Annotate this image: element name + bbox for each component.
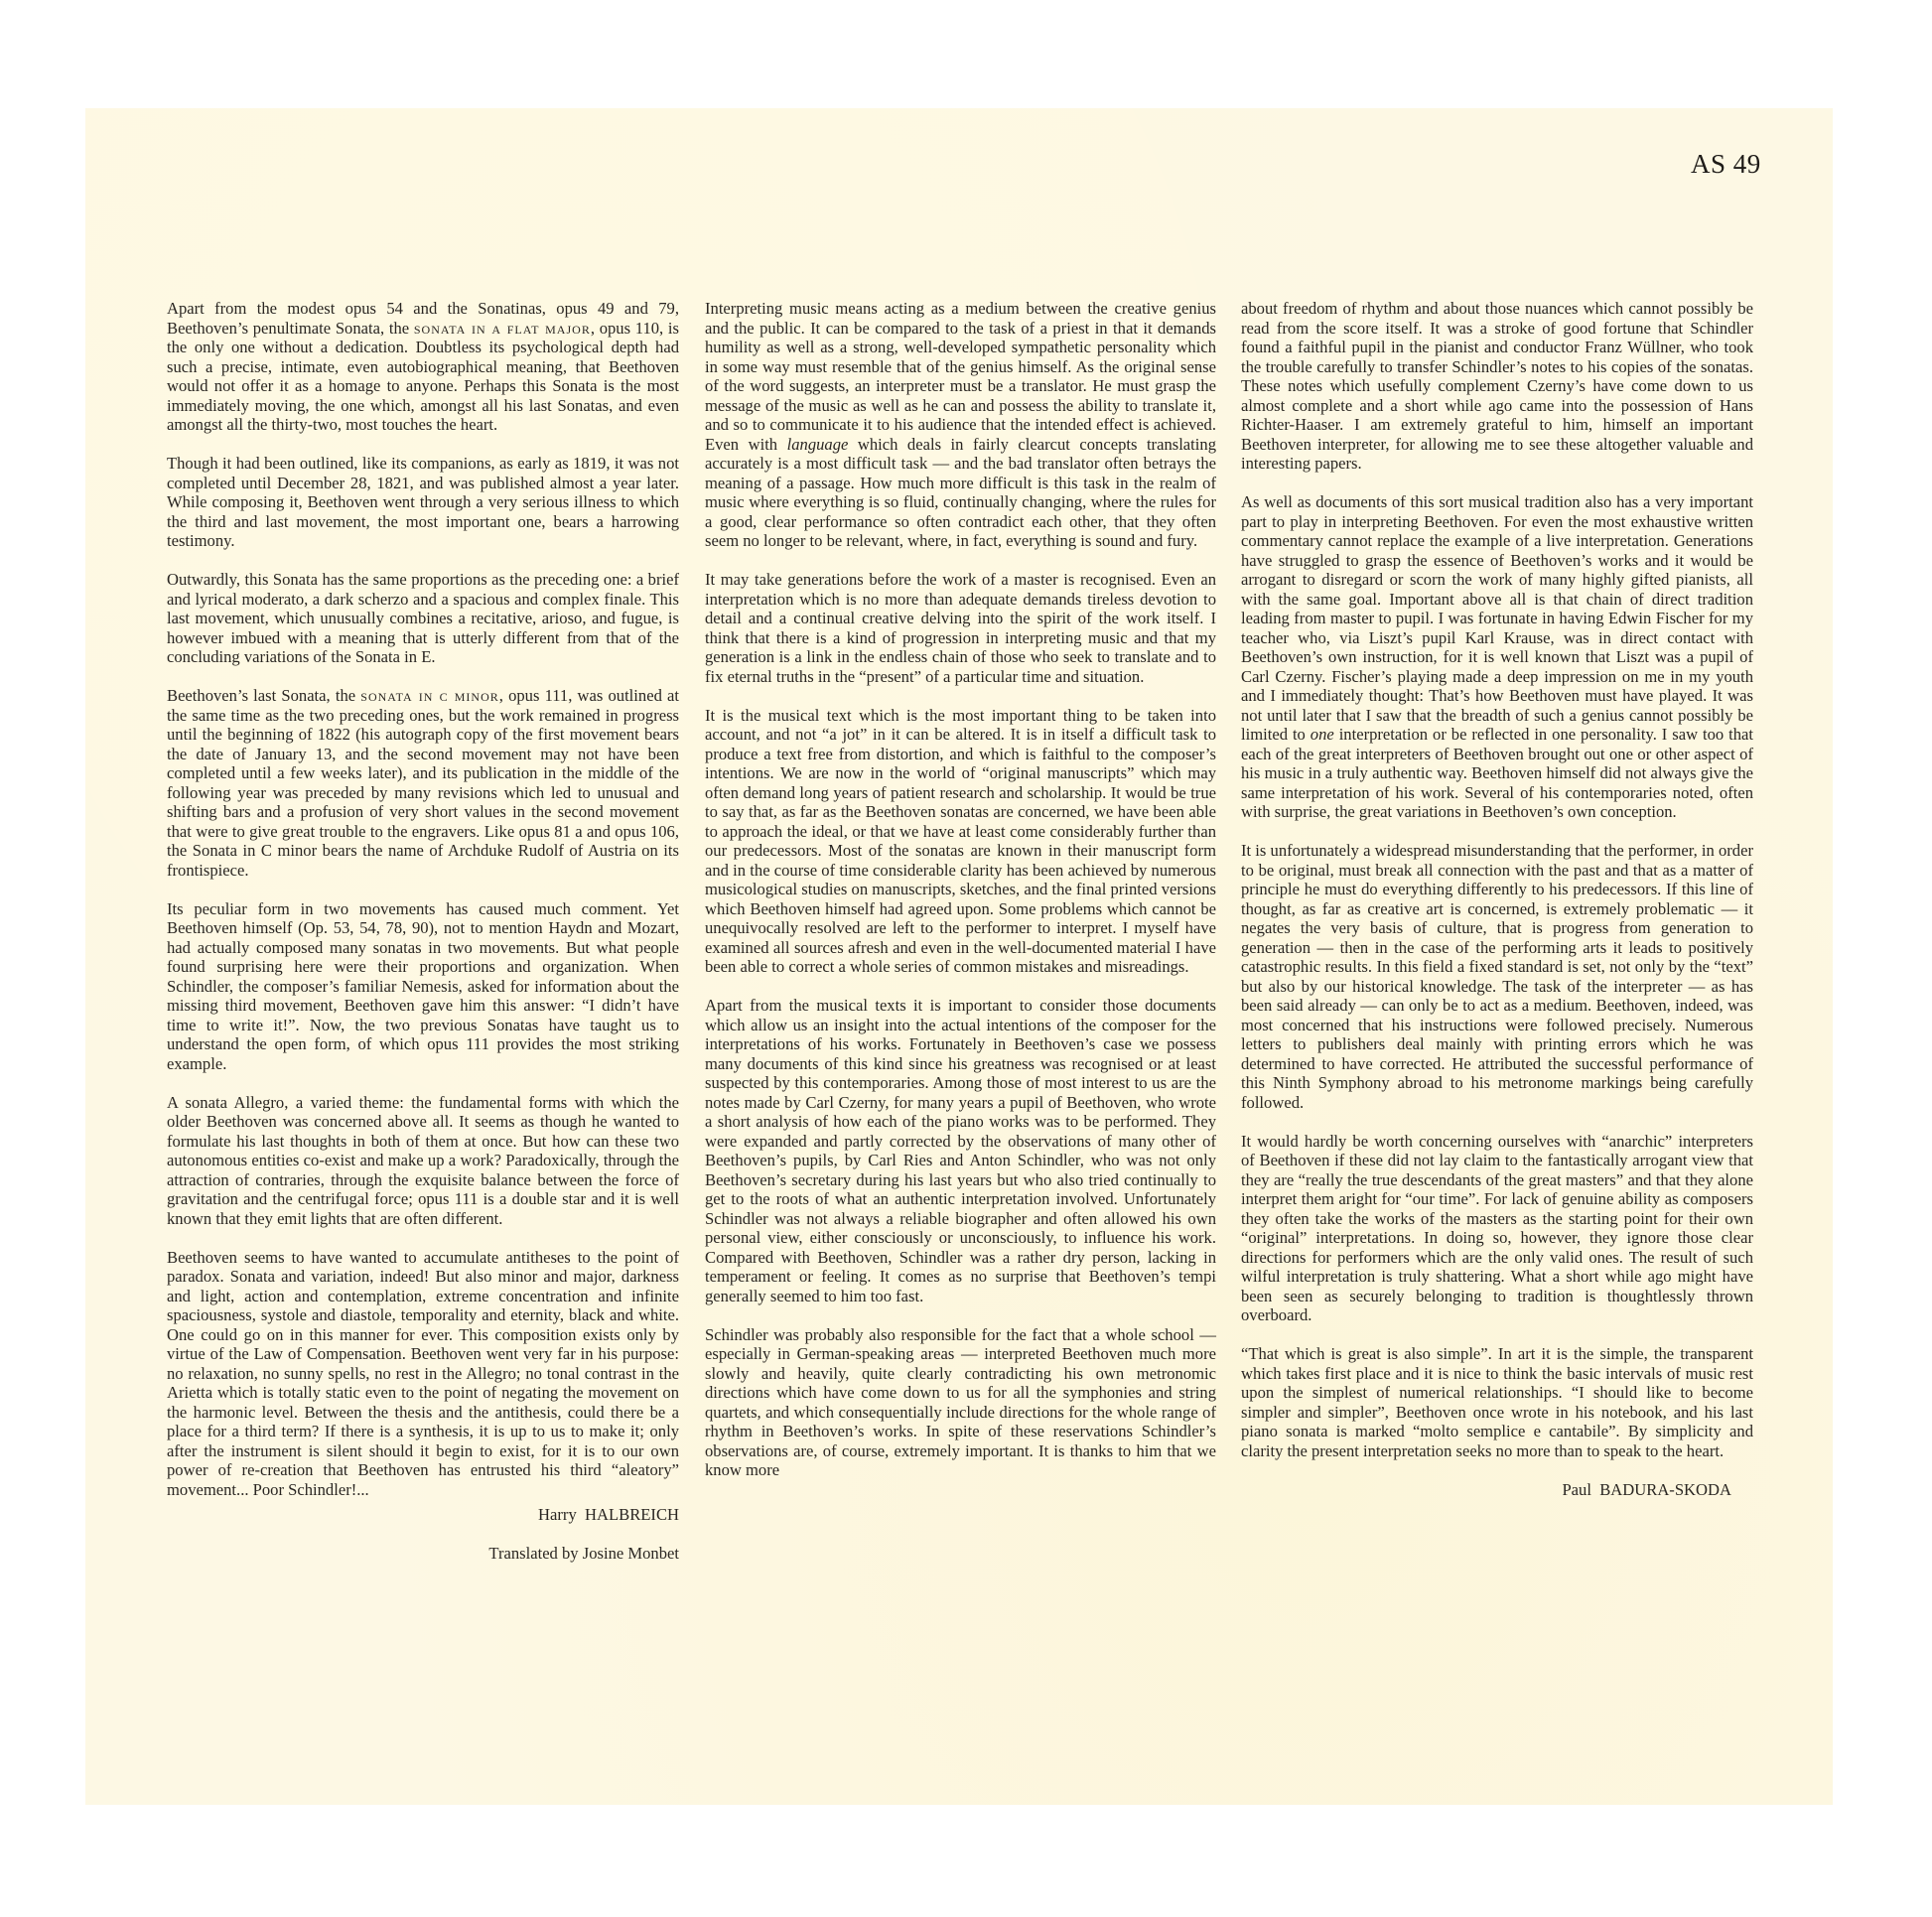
paragraph: Schindler was probably also responsible … [705, 1325, 1216, 1480]
page-number: AS 49 [1691, 149, 1761, 180]
work-title-smallcaps: SONATA IN A FLAT MAJOR [414, 319, 591, 338]
paragraph: about freedom of rhythm and about those … [1241, 299, 1753, 474]
italic-word: one [1311, 725, 1334, 744]
column-middle-badura-skoda-essay: Interpreting music means acting as a med… [705, 299, 1216, 1499]
work-title-smallcaps: SONATA IN C MINOR [360, 686, 499, 705]
paragraph: Apart from the musical texts it is impor… [705, 996, 1216, 1305]
paragraph: “That which is great is also simple”. In… [1241, 1344, 1753, 1460]
paragraph: Apart from the modest opus 54 and the So… [167, 299, 679, 435]
paragraph: Beethoven’s last Sonata, the SONATA IN C… [167, 686, 679, 880]
italic-word: language [787, 435, 849, 454]
paragraph: Its peculiar form in two movements has c… [167, 899, 679, 1074]
paragraph: It may take generations before the work … [705, 570, 1216, 686]
paragraph: It would hardly be worth concerning ours… [1241, 1132, 1753, 1325]
paragraph: It is the musical text which is the most… [705, 706, 1216, 977]
translator-credit: Translated by Josine Monbet [167, 1544, 679, 1564]
paragraph: Outwardly, this Sonata has the same prop… [167, 570, 679, 667]
paragraph: It is unfortunately a widespread misunde… [1241, 841, 1753, 1112]
column-left-halbreich-essay: Apart from the modest opus 54 and the So… [167, 299, 679, 1582]
paragraph: Interpreting music means acting as a med… [705, 299, 1216, 551]
paragraph: Though it had been outlined, like its co… [167, 454, 679, 551]
paragraph: A sonata Allegro, a varied theme: the fu… [167, 1093, 679, 1229]
author-name: Paul BADURA-SKODA [1241, 1480, 1753, 1500]
paragraph: As well as documents of this sort musica… [1241, 492, 1753, 822]
paragraph: Beethoven seems to have wanted to accumu… [167, 1248, 679, 1500]
column-right-badura-skoda-essay: about freedom of rhythm and about those … [1241, 299, 1753, 1519]
author-name: Harry HALBREICH [167, 1505, 679, 1525]
halbreich-signature: Harry HALBREICH Translated by Josine Mon… [167, 1505, 679, 1564]
